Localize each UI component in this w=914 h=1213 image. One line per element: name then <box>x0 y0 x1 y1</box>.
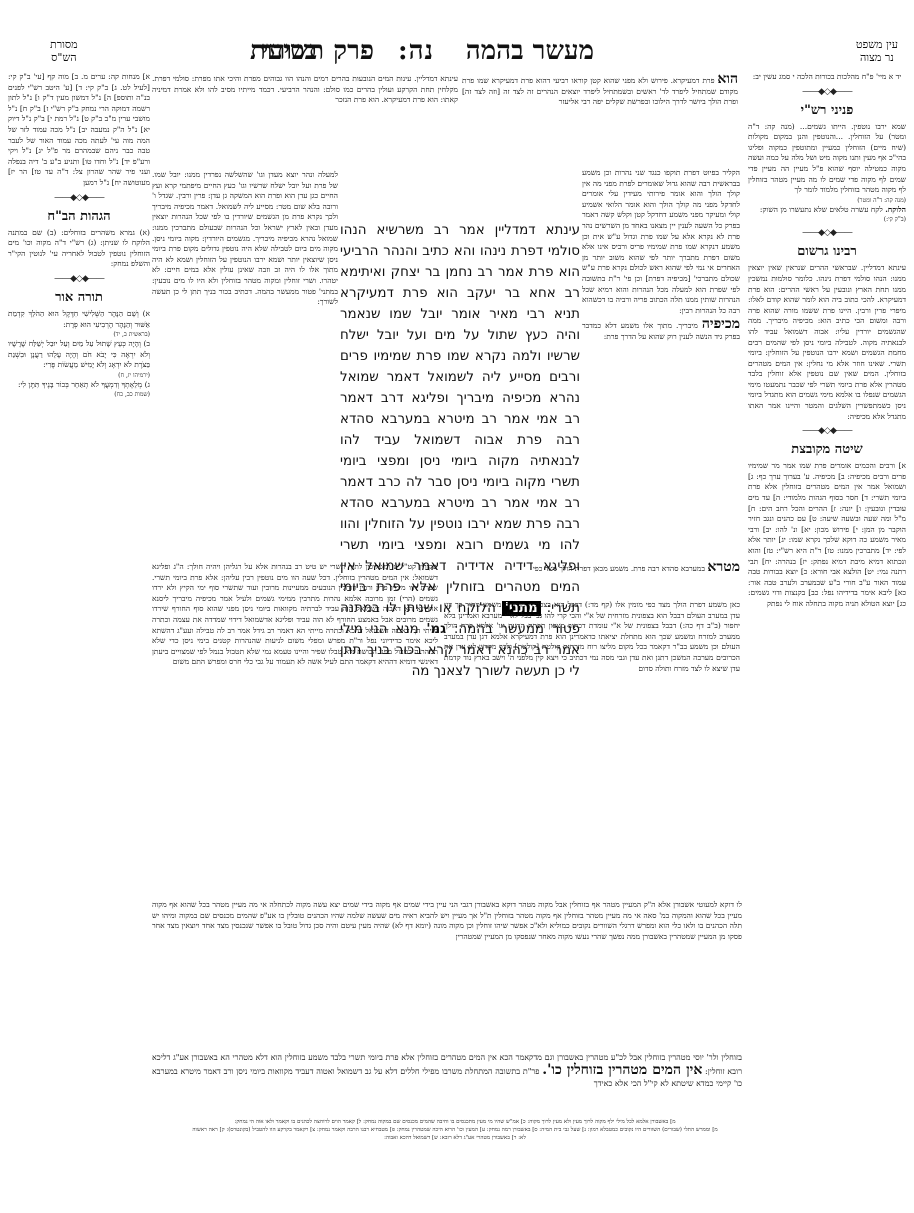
rashi-wrap: הקליר בפיוט דפרת תוקפו כנגד שני נהרות וכ… <box>582 168 740 560</box>
left-margin: א] מנחות קה: ערים מ. ב] מוה קף [עי' ב"ק … <box>8 72 150 532</box>
torah-or-verse-3: ג) מְלֵאָתְךָ וְדִמְעֲךָ לֹא תְאַחֵר בְּ… <box>8 380 150 391</box>
dibbur-hamatchil: הלוקח. <box>885 205 906 214</box>
gemara-text: עינתא דמדליין אמר רב משרשיא הנהו סולמי ד… <box>340 223 580 616</box>
rashi-wrap-text: הקליר בפיוט דפרת תוקפו כנגד שני נהרות וכ… <box>582 168 740 316</box>
ein-mishpat-label: עין משפט <box>856 38 898 51</box>
tosafot-top-text: עינתא דמדליין. עינות המים הנובעות בהרים … <box>152 74 458 106</box>
tosafot-wrap-text: למעלה ונהר יוצא מעדן וגו' שהשלשה נפרדין … <box>152 170 338 308</box>
rashi-mechifei-entry: מכיפיה מיבריך. מתוך אלו משמע דלא כמדבר ב… <box>582 319 740 342</box>
dibbur-hamatchil: מטרא <box>707 562 740 575</box>
holeach-text: לקח עשרה טלאים שלא נתעשרו מן השוק: <box>760 205 883 214</box>
verse-source: (שמות כב, כח) <box>8 390 150 399</box>
hashas-label: הש"ס <box>50 51 78 64</box>
page-header: עין משפט נר מצוה נה: מעשר בהמה פרק תשיעי… <box>0 36 914 66</box>
pnei-rashi-text: שמא ירבו נוטפין. הייתו גשמים... (מנה קה:… <box>748 122 906 196</box>
ornament-divider: ——◆◇◆—— <box>748 228 906 238</box>
bottom-commentary: בזוחלין ולר' יוסי מטהרין בזוחלין אבל לכ"… <box>152 1052 742 1090</box>
rashi-opening-word: הוא <box>717 74 738 87</box>
shita-mekubetzet-text: א] ורבים והכמים אומרים פרת שמו אמר מר שמ… <box>748 461 906 609</box>
masoret-hashas-text: א] מנחות קה: ערים מ. ב] מוה קף [עי' ב"ק … <box>8 72 150 189</box>
footnote-line: לא: ר] באשבורן מטהרי אע"ג דלא רובא: ש] ד… <box>60 1134 850 1142</box>
ornament-divider: ——◆◇◆—— <box>8 274 150 284</box>
tosafot-lower-left: שקורין קט"י"ש ומשליכין לתוך תשרי יש טיט … <box>152 562 438 900</box>
talmud-page: עין משפט נר מצוה נה: מעשר בהמה פרק תשיעי… <box>0 0 914 1213</box>
rashi-top-text: פרת דמעיקרא. פירוש ולא מפני שהוא קטן קור… <box>462 76 738 106</box>
tosafot-lower-left-text: שקורין קט"י"ש ומשליכין לתוך תשרי יש טיט … <box>152 562 438 668</box>
torah-or-verse-2: ב) וְהָיָה כְּעֵץ שָׁתוּל עַל מַיִם וְעַ… <box>8 339 150 371</box>
source-ref: (ב"ק קי:) <box>748 215 906 224</box>
dibbur-hamatchil: מכיפיה <box>702 316 740 332</box>
holeach-entry: הלוקח. לקח עשרה טלאים שלא נתעשרו מן השוק… <box>748 205 906 216</box>
torah-or-verse-1: א) וְשֵׁם הַנָּהָר הַשְּׁלִישִׁי חִדֶּקֶ… <box>8 309 150 330</box>
verse-source: (ירמיהו יז, ח) <box>8 371 150 380</box>
masoret-heading: מסורת הש"ס <box>50 38 78 64</box>
ornament-divider: ——◆◇◆—— <box>748 87 906 97</box>
tosafot-lower-full-text: לו דוקא למעוטי אשבורן אלא ה"ק המעיין מטה… <box>152 900 742 942</box>
ornament-divider: ——◆◇◆—— <box>8 193 150 203</box>
ein-mishpat-heading: עין משפט נר מצוה <box>856 38 898 64</box>
rabbeinu-gershom-title: רבינו גרשום <box>748 244 906 259</box>
verse-source: (בראשית ב, יד) <box>8 330 150 339</box>
tractate-name: בכורות <box>250 36 317 66</box>
pnei-rashi-title: פניני רש"י <box>748 103 906 118</box>
ornament-divider: ——◆◇◆—— <box>748 426 906 436</box>
tosafot-lower-right: כאן משמע דפרת הולך מצד כפי מומין אלו (קף… <box>444 600 740 900</box>
torah-or-title: תורה אור <box>8 290 150 305</box>
footnote-line: מ] וממרש התלי (שבורים) השוורים היו נקובי… <box>60 1126 850 1134</box>
rashi-mitra-text: במערבא סהדא רבה פרת. משמע מכאן דפרת הולך… <box>533 564 705 573</box>
tosafot-wrap: למעלה ונהר יוצא מעדן וגו' שהשלשה נפרדין … <box>152 170 338 562</box>
shita-mekubetzet-title: שיטה מקובצת <box>748 442 906 457</box>
ner-mitzvah-label: נר מצוה <box>856 51 898 64</box>
footnotes: מ] באשבורן אלמא לכל מילי ילף מקוה לרוך מ… <box>60 1118 850 1142</box>
rabbeinu-gershom-text: עינתא דמדליין. שבראשי ההרים שנראין שאין … <box>748 263 906 422</box>
ein-mishpat-text: יד א מיי' פ"ח מהלכות בכורות הלכה י סמג ע… <box>748 72 906 83</box>
source-ref: (מנה קה: ד"ה ומטר) <box>748 196 906 205</box>
tosafot-top: עינתא דמדליין. עינות המים הנובעות בהרים … <box>152 74 458 170</box>
rashi-top: הוא פרת דמעיקרא. פירוש ולא מפני שהוא קטן… <box>462 74 738 170</box>
dibbur-hamatchil: אין המים מטהרין בזוחלין כו'. <box>542 1062 702 1078</box>
hagahot-habach-text: (א) גמרא משהרים בזוחלים: (ב) שם במתנה הל… <box>8 228 150 270</box>
hagahot-habach-title: הגהות הב"ח <box>8 209 150 224</box>
tosafot-lower-right-text: כאן משמע דפרת הולך מצד כפי מומין אלו (קף… <box>444 600 740 674</box>
masoret-label: מסורת <box>50 38 78 51</box>
tosafot-lower-full: לו דוקא למעוטי אשבורן אלא ה"ק המעיין מטה… <box>152 900 742 1050</box>
footnote-line: מ] באשבורן אלמא לכל מילי ילף מקוה לרוך מ… <box>60 1118 850 1126</box>
right-margin: יד א מיי' פ"ח מהלכות בכורות הלכה י סמג ע… <box>748 72 906 1117</box>
chapter-name: מעשר בהמה <box>466 36 594 66</box>
daf-number: נה: <box>398 36 434 66</box>
